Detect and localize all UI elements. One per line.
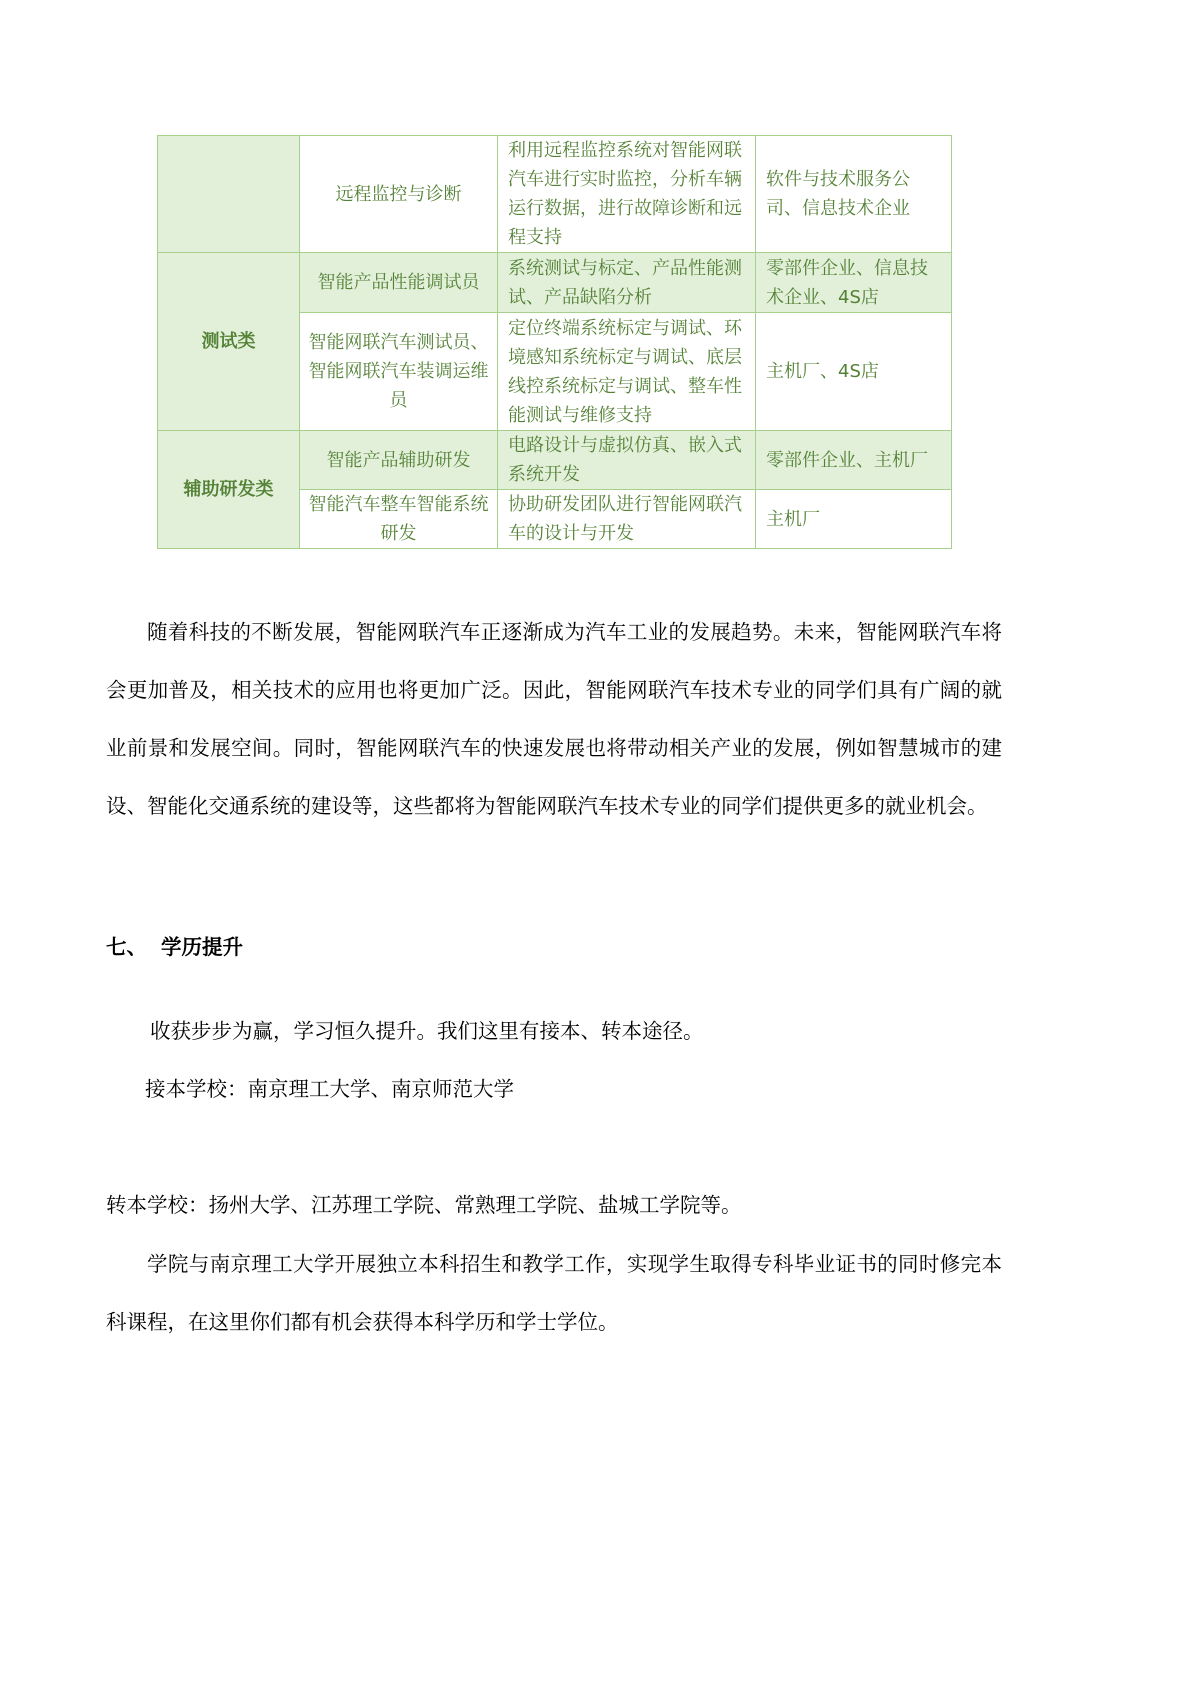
table-row: 远程监控与诊断 利用远程监控系统对智能网联汽车进行实时监控，分析车辆运行数据，进… <box>158 136 952 253</box>
description-cell: 定位终端系统标定与调试、环境感知系统标定与调试、底层线控系统标定与调试、整车性能… <box>498 313 756 431</box>
description-cell: 电路设计与虚拟仿真、嵌入式系统开发 <box>498 431 756 490</box>
outlook-paragraph: 随着科技的不断发展，智能网联汽车正逐渐成为汽车工业的发展趋势。未来，智能网联汽车… <box>106 603 1002 835</box>
position-cell: 智能网联汽车测试员、智能网联汽车装调运维员 <box>300 313 498 431</box>
table-row: 测试类 智能产品性能调试员 系统测试与标定、产品性能测试、产品缺陷分析 零部件企… <box>158 253 952 313</box>
position-cell: 智能汽车整车智能系统研发 <box>300 490 498 549</box>
document-page: 远程监控与诊断 利用远程监控系统对智能网联汽车进行实时监控，分析车辆运行数据，进… <box>0 0 1191 1684</box>
description-cell: 系统测试与标定、产品性能测试、产品缺陷分析 <box>498 253 756 313</box>
employers-cell: 主机厂 <box>756 490 952 549</box>
description-cell: 协助研发团队进行智能网联汽车的设计与开发 <box>498 490 756 549</box>
cooperation-paragraph: 学院与南京理工大学开展独立本科招生和教学工作，实现学生取得专科毕业证书的同时修完… <box>106 1235 1002 1351</box>
description-cell: 利用远程监控系统对智能网联汽车进行实时监控，分析车辆运行数据，进行故障诊断和远程… <box>498 136 756 253</box>
zhuanben-schools: 转本学校：扬州大学、江苏理工学院、常熟理工学院、盐城工学院等。 <box>106 1190 742 1220</box>
table-row: 辅助研发类 智能产品辅助研发 电路设计与虚拟仿真、嵌入式系统开发 零部件企业、主… <box>158 431 952 490</box>
position-cell: 智能产品辅助研发 <box>300 431 498 490</box>
employers-cell: 软件与技术服务公司、信息技术企业 <box>756 136 952 253</box>
employers-cell: 零部件企业、信息技术企业、4S店 <box>756 253 952 313</box>
position-cell: 智能产品性能调试员 <box>300 253 498 313</box>
employers-cell: 零部件企业、主机厂 <box>756 431 952 490</box>
jieben-schools: 接本学校：南京理工大学、南京师范大学 <box>145 1074 514 1104</box>
education-intro: 收获步步为赢，学习恒久提升。我们这里有接本、转本途径。 <box>150 1016 704 1046</box>
category-cell: 测试类 <box>158 253 300 431</box>
category-cell <box>158 136 300 253</box>
employers-cell: 主机厂、4S店 <box>756 313 952 431</box>
position-cell: 远程监控与诊断 <box>300 136 498 253</box>
section-number: 七、 <box>106 930 161 960</box>
section-title: 学历提升 <box>161 935 243 959</box>
job-positions-table: 远程监控与诊断 利用远程监控系统对智能网联汽车进行实时监控，分析车辆运行数据，进… <box>157 135 952 549</box>
section-heading: 七、学历提升 <box>106 930 243 960</box>
category-cell: 辅助研发类 <box>158 431 300 549</box>
